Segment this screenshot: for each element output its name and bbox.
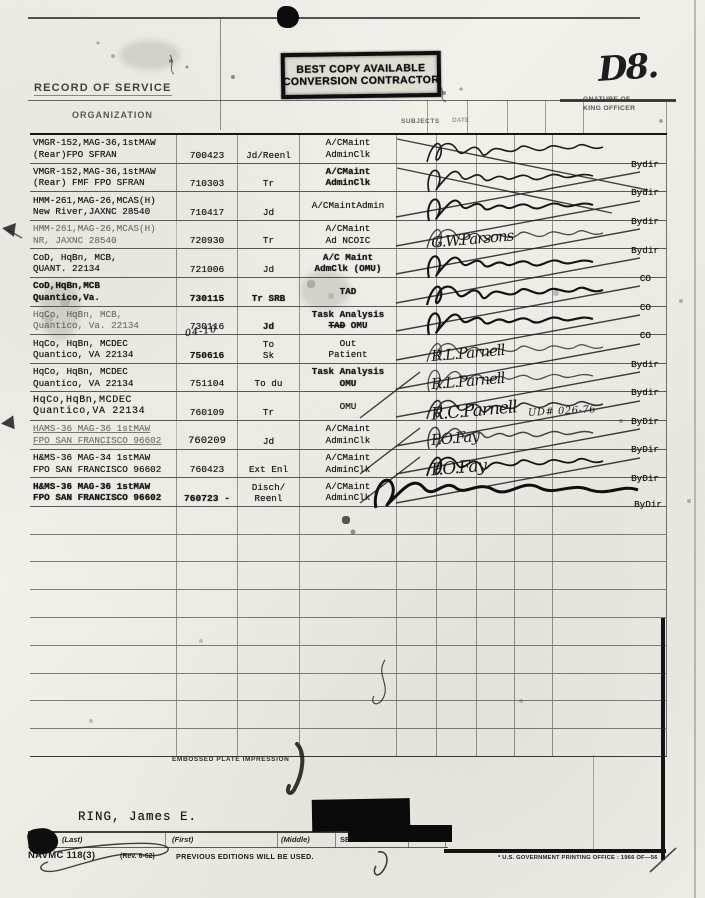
- entry-cell: To du: [238, 364, 300, 392]
- empty-row: [30, 701, 667, 729]
- grid-line: [583, 100, 584, 133]
- entry-cell: Jd/Reenl: [238, 135, 300, 163]
- date-cell: 730115: [177, 278, 238, 306]
- empty-row: [30, 674, 667, 702]
- duty-cell: A/CMaint AdminClk: [300, 164, 397, 192]
- redaction-box: [348, 825, 452, 842]
- entry-cell: Tr: [238, 221, 300, 249]
- duty-cell: Task AnalysisTAD OMU: [300, 307, 397, 335]
- organization-cell: CoD,HqBn,MCB Quantico,Va.: [30, 278, 177, 306]
- entry-cell: Jd: [238, 307, 300, 335]
- date-cell: 760209: [177, 421, 238, 449]
- column-header-subjects: SUBJECTS: [401, 118, 440, 125]
- organization-cell: VMGR-152,MAG-36,1stMAW (Rear)FPO SFRAN: [30, 135, 177, 163]
- organization-cell: CoD, HqBn, MCB, QUANT. 22134: [30, 249, 177, 277]
- date-cell: 700423: [177, 135, 238, 163]
- grid-line: [593, 755, 594, 850]
- empty-row: [30, 729, 667, 757]
- duty-cell: TAD: [300, 278, 397, 306]
- form-revision: (Rev. 6-62): [120, 853, 155, 860]
- fold-line: [220, 18, 221, 130]
- organization-cell: HqCo, HqBn, MCB, Quantico, Va. 22134: [30, 307, 177, 335]
- duty-cell: A/CMaint AdminClk: [300, 450, 397, 478]
- entry-cell: Ext Enl: [238, 450, 300, 478]
- signature-remark: ByDir: [634, 499, 662, 510]
- grid-line: [165, 832, 166, 848]
- duty-cell: OMU: [300, 392, 397, 420]
- grid-line: [427, 100, 428, 133]
- thick-bottom-border: [444, 849, 666, 853]
- duty-cell: A/CMaintAdmin: [300, 192, 397, 220]
- page-title: RECORD OF SERVICE: [34, 82, 172, 96]
- grid-line: [666, 100, 667, 133]
- grid-line: [545, 100, 546, 133]
- label-last: (Last): [62, 835, 82, 844]
- page-edge: [694, 0, 696, 898]
- label-middle: (Middle): [281, 835, 310, 844]
- grid-line: [467, 100, 468, 133]
- grid-line: [507, 100, 508, 133]
- organization-cell: HAMS-36 MAG-36 1stMAW FPO SAN FRANCISCO …: [30, 421, 177, 449]
- smudge: [120, 40, 180, 70]
- entry-cell: Jd: [238, 249, 300, 277]
- duty-cell: A/CMaint Ad NCOIC: [300, 221, 397, 249]
- grid-line: [335, 832, 336, 848]
- organization-cell: VMGR-152,MAG-36,1stMAW (Rear) FMF FPO SF…: [30, 164, 177, 192]
- header-rule: [28, 100, 676, 101]
- gpo-imprint: * U.S. GOVERNMENT PRINTING OFFICE : 1966…: [498, 855, 658, 861]
- date-cell: 751104: [177, 364, 238, 392]
- entry-cell: Jd: [238, 192, 300, 220]
- stamp-line2: CONVERSION CONTRACTOR: [283, 74, 440, 88]
- service-member-name: RING, James E.: [78, 810, 197, 824]
- scan-edge-line: [28, 17, 640, 19]
- duty-cell: Task Analysis OMU: [300, 364, 397, 392]
- organization-cell: HMM-261,MAG-26,MCAS(H) New River,JAXNC 2…: [30, 192, 177, 220]
- margin-arrow-mark: [1, 221, 16, 237]
- grid-line: [277, 832, 278, 848]
- duty-cell: A/CMaint AdminClk: [300, 421, 397, 449]
- duty-cell: Out Patient: [300, 335, 397, 363]
- duty-cell: A/CMaint AdminClk: [300, 135, 397, 163]
- paper-speckles: [0, 0, 2, 2]
- date-cell: 710303: [177, 164, 238, 192]
- date-cell: 721006: [177, 249, 238, 277]
- organization-cell: HqCo, HqBn, MCDEC Quantico, VA 22134: [30, 335, 177, 363]
- organization-cell: H&MS-36 MAG-36 1stMAW FPO SAN FRANCISCO …: [30, 478, 177, 506]
- date-cell: 710417: [177, 192, 238, 220]
- entry-cell: To Sk: [238, 335, 300, 363]
- empty-row: [30, 535, 667, 563]
- empty-row: [30, 618, 667, 646]
- signature-row: ByDir: [370, 478, 670, 512]
- handwritten-corner-mark: D8.: [597, 46, 659, 90]
- entry-cell: Disch/ Reenl: [238, 478, 300, 506]
- date-cell: 760109: [177, 392, 238, 420]
- date-cell: 04-10750616: [177, 335, 238, 363]
- empty-row: [30, 646, 667, 674]
- organization-cell: HMM-261,MAG-26,MCAS(H) NR, JAXNC 28540: [30, 221, 177, 249]
- entry-cell: Tr SRB: [238, 278, 300, 306]
- form-number: NAVMC 118(3): [28, 850, 95, 861]
- empty-row: [30, 562, 667, 590]
- empty-row: [30, 590, 667, 618]
- form-note: PREVIOUS EDITIONS WILL BE USED.: [176, 852, 314, 861]
- organization-cell: HqCo, HqBn, MCDEC Quantico, VA 22134: [30, 364, 177, 392]
- column-header-signature: GNATURE OF KING OFFICER: [583, 96, 635, 113]
- date-cell: 720930: [177, 221, 238, 249]
- organization-cell: HqCo,HqBn,MCDEC Quantico,VA 22134: [30, 392, 177, 420]
- date-cell: 760423: [177, 450, 238, 478]
- embossed-plate-label: EMBOSSED PLATE IMPRESSION: [172, 756, 289, 763]
- duty-cell: A/C Maint AdmClk (OMU): [300, 249, 397, 277]
- margin-arrow-mark: [0, 415, 14, 430]
- date-cell: 760723 -: [177, 478, 238, 506]
- entry-cell: Tr: [238, 392, 300, 420]
- entry-cell: Tr: [238, 164, 300, 192]
- label-first: (First): [172, 835, 193, 844]
- best-copy-available-stamp: BEST COPY AVAILABLE CONVERSION CONTRACTO…: [281, 51, 442, 99]
- ink-blob: [277, 6, 299, 28]
- name-rule: [28, 847, 448, 848]
- column-header-organization: ORGANIZATION: [72, 110, 153, 120]
- organization-cell: H&MS-36 MAG-34 1stMAW FPO SAN FRANCISCO …: [30, 450, 177, 478]
- entry-cell: Jd: [238, 421, 300, 449]
- record-of-service-scan: D8. BEST COPY AVAILABLE CONVERSION CONTR…: [0, 0, 705, 898]
